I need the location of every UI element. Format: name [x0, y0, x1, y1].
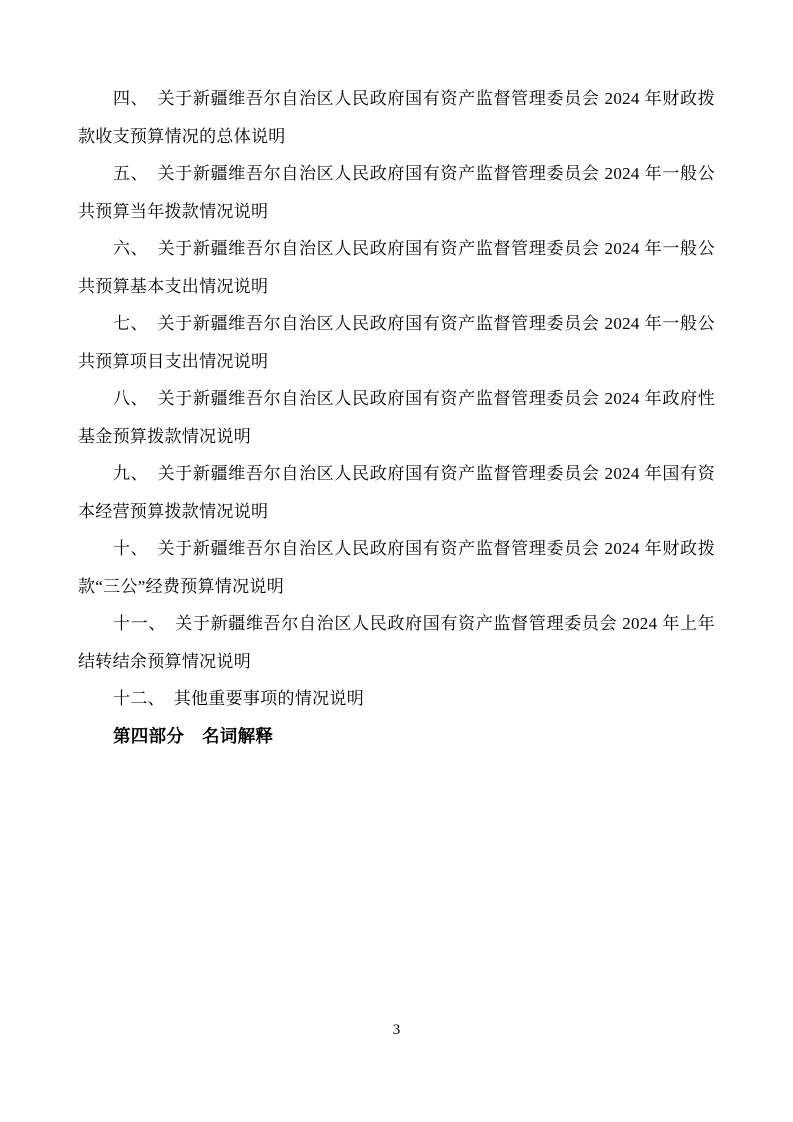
page-number: 3 — [0, 1021, 793, 1039]
toc-item: 五、 关于新疆维吾尔自治区人民政府国有资产监督管理委员会 2024 年一般公共预… — [78, 155, 715, 230]
toc-item: 四、 关于新疆维吾尔自治区人民政府国有资产监督管理委员会 2024 年财政拨款收… — [78, 80, 715, 155]
toc-item: 七、 关于新疆维吾尔自治区人民政府国有资产监督管理委员会 2024 年一般公共预… — [78, 305, 715, 380]
toc-list: 四、 关于新疆维吾尔自治区人民政府国有资产监督管理委员会 2024 年财政拨款收… — [78, 80, 715, 755]
toc-item: 十二、 其他重要事项的情况说明 — [78, 680, 715, 718]
toc-item: 九、 关于新疆维吾尔自治区人民政府国有资产监督管理委员会 2024 年国有资本经… — [78, 455, 715, 530]
section-heading: 第四部分 名词解释 — [78, 718, 715, 756]
toc-item: 六、 关于新疆维吾尔自治区人民政府国有资产监督管理委员会 2024 年一般公共预… — [78, 230, 715, 305]
toc-item: 十、 关于新疆维吾尔自治区人民政府国有资产监督管理委员会 2024 年财政拨款“… — [78, 530, 715, 605]
toc-item: 八、 关于新疆维吾尔自治区人民政府国有资产监督管理委员会 2024 年政府性基金… — [78, 380, 715, 455]
toc-item: 十一、 关于新疆维吾尔自治区人民政府国有资产监督管理委员会 2024 年上年结转… — [78, 605, 715, 680]
document-page: 四、 关于新疆维吾尔自治区人民政府国有资产监督管理委员会 2024 年财政拨款收… — [0, 0, 793, 1122]
